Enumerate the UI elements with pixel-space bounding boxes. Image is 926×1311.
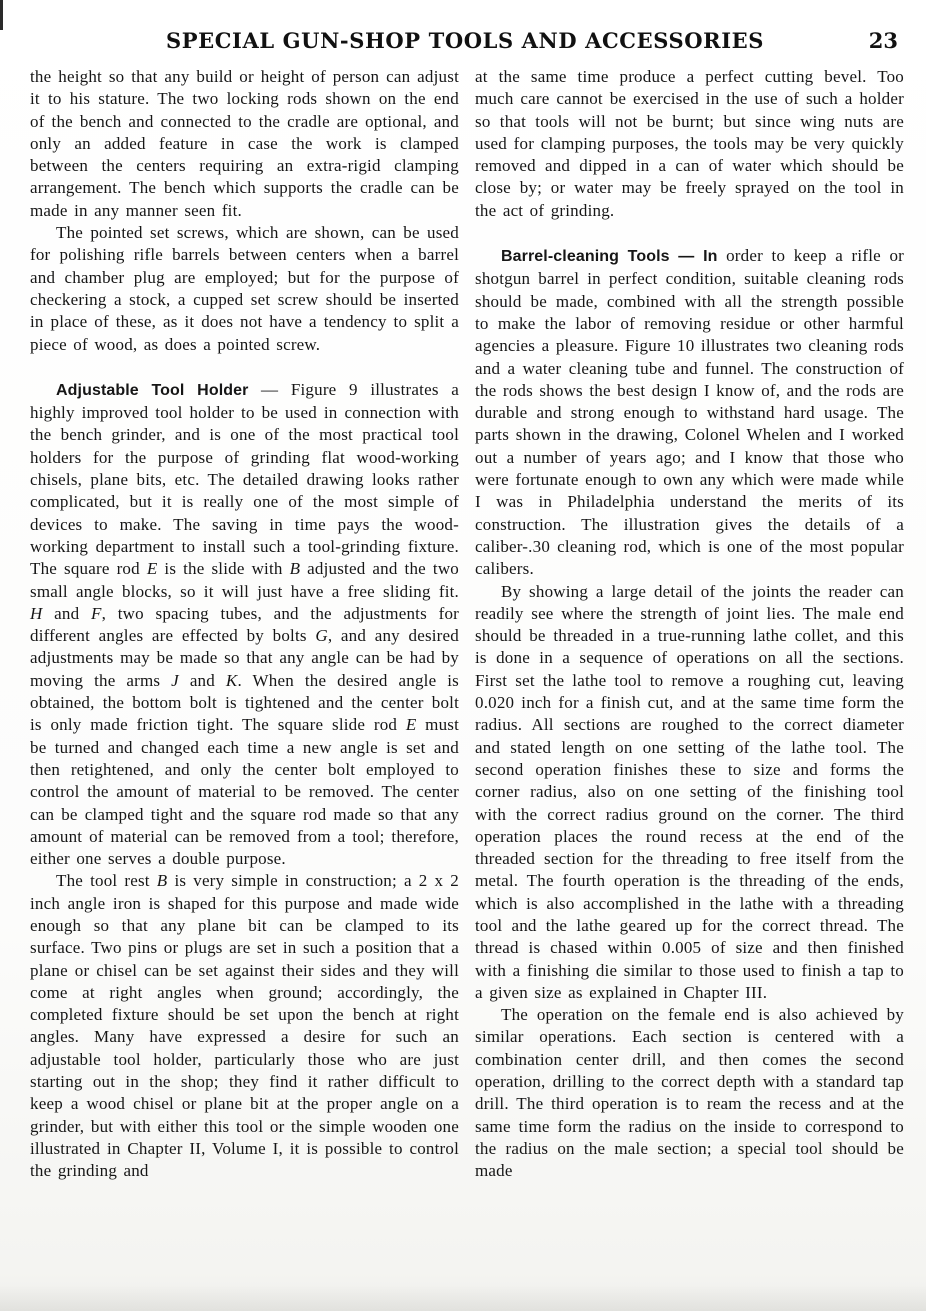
paragraph: Barrel-cleaning Tools — In order to keep…: [475, 245, 904, 580]
scan-artifact-mark: [0, 0, 3, 30]
left-column: the height so that any build or height o…: [30, 66, 459, 1291]
text-columns: the height so that any build or height o…: [30, 66, 904, 1291]
paragraph: The tool rest B is very simple in constr…: [30, 870, 459, 1182]
paragraph: By showing a large detail of the joints …: [475, 581, 904, 1005]
body-text: at the same time produce a perfect cutti…: [475, 67, 904, 220]
italic-reference-letter: B: [290, 559, 301, 578]
italic-reference-letter: J: [171, 671, 179, 690]
body-text: — Figure 9 illustrates a highly improved…: [30, 380, 459, 578]
paragraph: Adjustable Tool Holder — Figure 9 illust…: [30, 379, 459, 871]
paragraph: at the same time produce a perfect cutti…: [475, 66, 904, 222]
scanned-page: SPECIAL GUN-SHOP TOOLS AND ACCESSORIES 2…: [0, 0, 926, 1311]
page-header-title: SPECIAL GUN-SHOP TOOLS AND ACCESSORIES: [30, 28, 900, 53]
page-header: SPECIAL GUN-SHOP TOOLS AND ACCESSORIES 2…: [30, 28, 900, 58]
body-text: The operation on the female end is also …: [475, 1005, 904, 1180]
paragraph: The pointed set screws, which are shown,…: [30, 222, 459, 356]
italic-reference-letter: G: [315, 626, 327, 645]
body-text: order to keep a rifle or shotgun barrel …: [475, 246, 904, 578]
italic-reference-letter: F: [91, 604, 102, 623]
paragraph: the height so that any build or height o…: [30, 66, 459, 222]
italic-reference-letter: H: [30, 604, 42, 623]
body-text: is very simple in construction; a 2 x 2 …: [30, 871, 459, 1180]
run-in-section-heading: Adjustable Tool Holder: [56, 382, 248, 399]
body-text: and: [42, 604, 91, 623]
italic-reference-letter: E: [406, 715, 417, 734]
right-column: at the same time produce a perfect cutti…: [475, 66, 904, 1291]
run-in-section-heading: Barrel-cleaning Tools — In: [501, 248, 718, 265]
page-number: 23: [869, 28, 898, 53]
italic-reference-letter: B: [157, 871, 168, 890]
body-text: By showing a large detail of the joints …: [475, 582, 904, 1002]
body-text: and: [179, 671, 226, 690]
paragraph: The operation on the female end is also …: [475, 1004, 904, 1182]
body-text: the height so that any build or height o…: [30, 67, 459, 220]
body-text: The pointed set screws, which are shown,…: [30, 223, 459, 353]
italic-reference-letter: K: [226, 671, 238, 690]
italic-reference-letter: E: [147, 559, 158, 578]
body-text: The tool rest: [56, 871, 157, 890]
body-text: must be turned and changed each time a n…: [30, 715, 459, 868]
body-text: is the slide with: [157, 559, 289, 578]
